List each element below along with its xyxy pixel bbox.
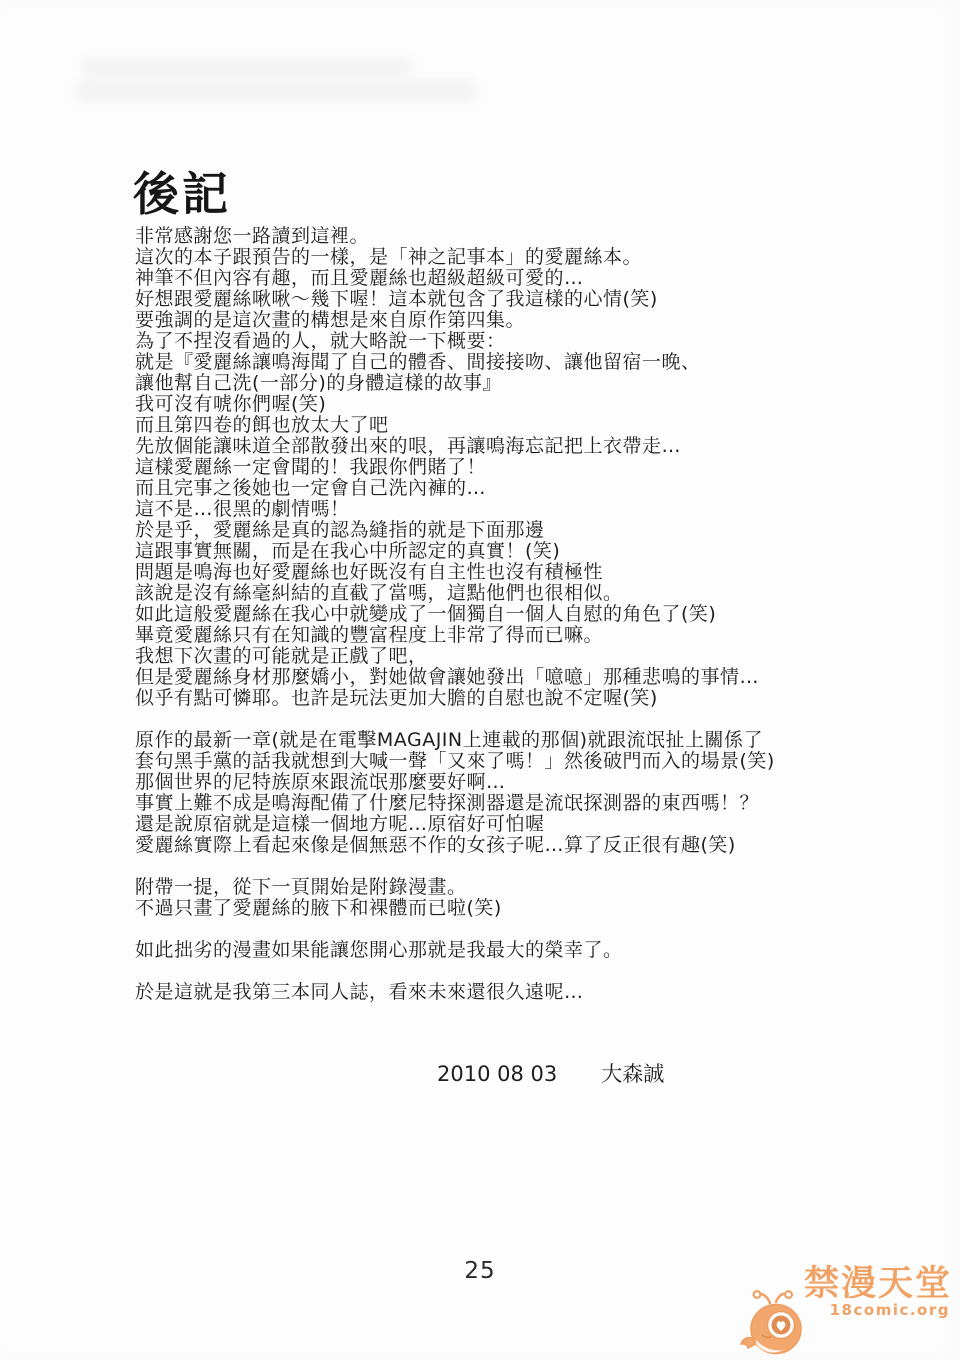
text-line: 而且第四卷的餌也放太大了吧	[135, 415, 875, 436]
text-line: 該說是沒有絲毫糾結的直截了當嗎，這點他們也很相似。	[135, 583, 875, 604]
text-line: 為了不捏沒看過的人，就大略說一下概要：	[135, 331, 875, 352]
text-line: 事實上難不成是鳴海配備了什麼尼特探測器還是流氓探測器的東西嗎！？	[135, 793, 875, 814]
signature-line: 2010 08 03大森誠	[437, 1058, 664, 1088]
text-line: 這跟事實無關，而是在我心中所認定的真實！(笑)	[135, 541, 875, 562]
text-line: 先放個能讓味道全部散發出來的哏，再讓鳴海忘記把上衣帶走…	[135, 436, 875, 457]
text-line: 如此這般愛麗絲在我心中就變成了一個獨自一個人自慰的角色了(笑)	[135, 604, 875, 625]
text-line: 這樣愛麗絲一定會聞的！我跟你們賭了！	[135, 457, 875, 478]
watermark-text: 禁漫天堂 18comic.org	[804, 1266, 952, 1319]
watermark-site-name: 禁漫天堂	[804, 1266, 952, 1302]
text-line: 附帶一提，從下一頁開始是附錄漫畫。	[135, 877, 875, 898]
text-line: 如此拙劣的漫畫如果能讓您開心那就是我最大的榮幸了。	[135, 940, 875, 961]
text-line	[135, 919, 875, 940]
text-line: 這不是…很黑的劇情嗎！	[135, 499, 875, 520]
text-line	[135, 709, 875, 730]
text-line: 於是這就是我第三本同人誌，看來未來還很久遠呢…	[135, 982, 875, 1003]
text-line: 我想下次畫的可能就是正戲了吧，	[135, 646, 875, 667]
text-line: 那個世界的尼特族原來跟流氓那麼要好啊…	[135, 772, 875, 793]
text-line: 愛麗絲實際上看起來像是個無惡不作的女孩子呢…算了反正很有趣(笑)	[135, 835, 875, 856]
text-line: 神筆不但內容有趣，而且愛麗絲也超級超級可愛的…	[135, 268, 875, 289]
text-line: 問題是鳴海也好愛麗絲也好既沒有自主性也沒有積極性	[135, 562, 875, 583]
text-line	[135, 856, 875, 877]
text-line: 似乎有點可憐耶。也許是玩法更加大膽的自慰也說不定喔(笑)	[135, 688, 875, 709]
afterword-text-block: 非常感謝您一路讀到這裡。這次的本子跟預告的一樣，是「神之記事本」的愛麗絲本。神筆…	[135, 226, 875, 1003]
text-line: 原作的最新一章(就是在電擊MAGAJIN上連載的那個)就跟流氓扯上關係了	[135, 730, 875, 751]
text-line: 於是乎，愛麗絲是真的認為縫指的就是下面那邊	[135, 520, 875, 541]
page-title: 後記	[133, 158, 231, 224]
text-line: 就是『愛麗絲讓鳴海聞了自己的體香、間接接吻、讓他留宿一晚、	[135, 352, 875, 373]
text-line: 畢竟愛麗絲只有在知識的豐富程度上非常了得而已嘛。	[135, 625, 875, 646]
scanned-afterword-page: 後記 非常感謝您一路讀到這裡。這次的本子跟預告的一樣，是「神之記事本」的愛麗絲本…	[0, 0, 960, 1360]
text-line: 我可沒有唬你們喔(笑)	[135, 394, 875, 415]
text-line: 套句黑手黨的話我就想到大喊一聲「又來了嗎！」然後破門而入的場景(笑)	[135, 751, 875, 772]
text-line: 但是愛麗絲身材那麼嬌小，對她做會讓她發出「噫噫」那種悲鳴的事情…	[135, 667, 875, 688]
text-line: 這次的本子跟預告的一樣，是「神之記事本」的愛麗絲本。	[135, 247, 875, 268]
text-line: 而且完事之後她也一定會自己洗內褲的…	[135, 478, 875, 499]
watermark-site-url: 18comic.org	[830, 1302, 950, 1319]
site-watermark: 禁漫天堂 18comic.org	[740, 1266, 952, 1356]
text-line: 讓他幫自己洗(一部分)的身體這樣的故事』	[135, 373, 875, 394]
whale-mascot-icon	[740, 1288, 802, 1356]
bleed-through-artifact	[76, 80, 476, 102]
text-line: 不過只畫了愛麗絲的腋下和裸體而已啦(笑)	[135, 898, 875, 919]
text-line: 還是說原宿就是這樣一個地方呢…原宿好可怕喔	[135, 814, 875, 835]
text-line: 非常感謝您一路讀到這裡。	[135, 226, 875, 247]
text-line: 要強調的是這次畫的構想是來自原作第四集。	[135, 310, 875, 331]
bleed-through-artifact	[82, 58, 412, 76]
signature-author: 大森誠	[601, 1062, 664, 1086]
text-line: 好想跟愛麗絲啾啾～幾下喔！這本就包含了我這樣的心情(笑)	[135, 289, 875, 310]
text-line	[135, 961, 875, 982]
signature-date: 2010 08 03	[437, 1062, 557, 1086]
